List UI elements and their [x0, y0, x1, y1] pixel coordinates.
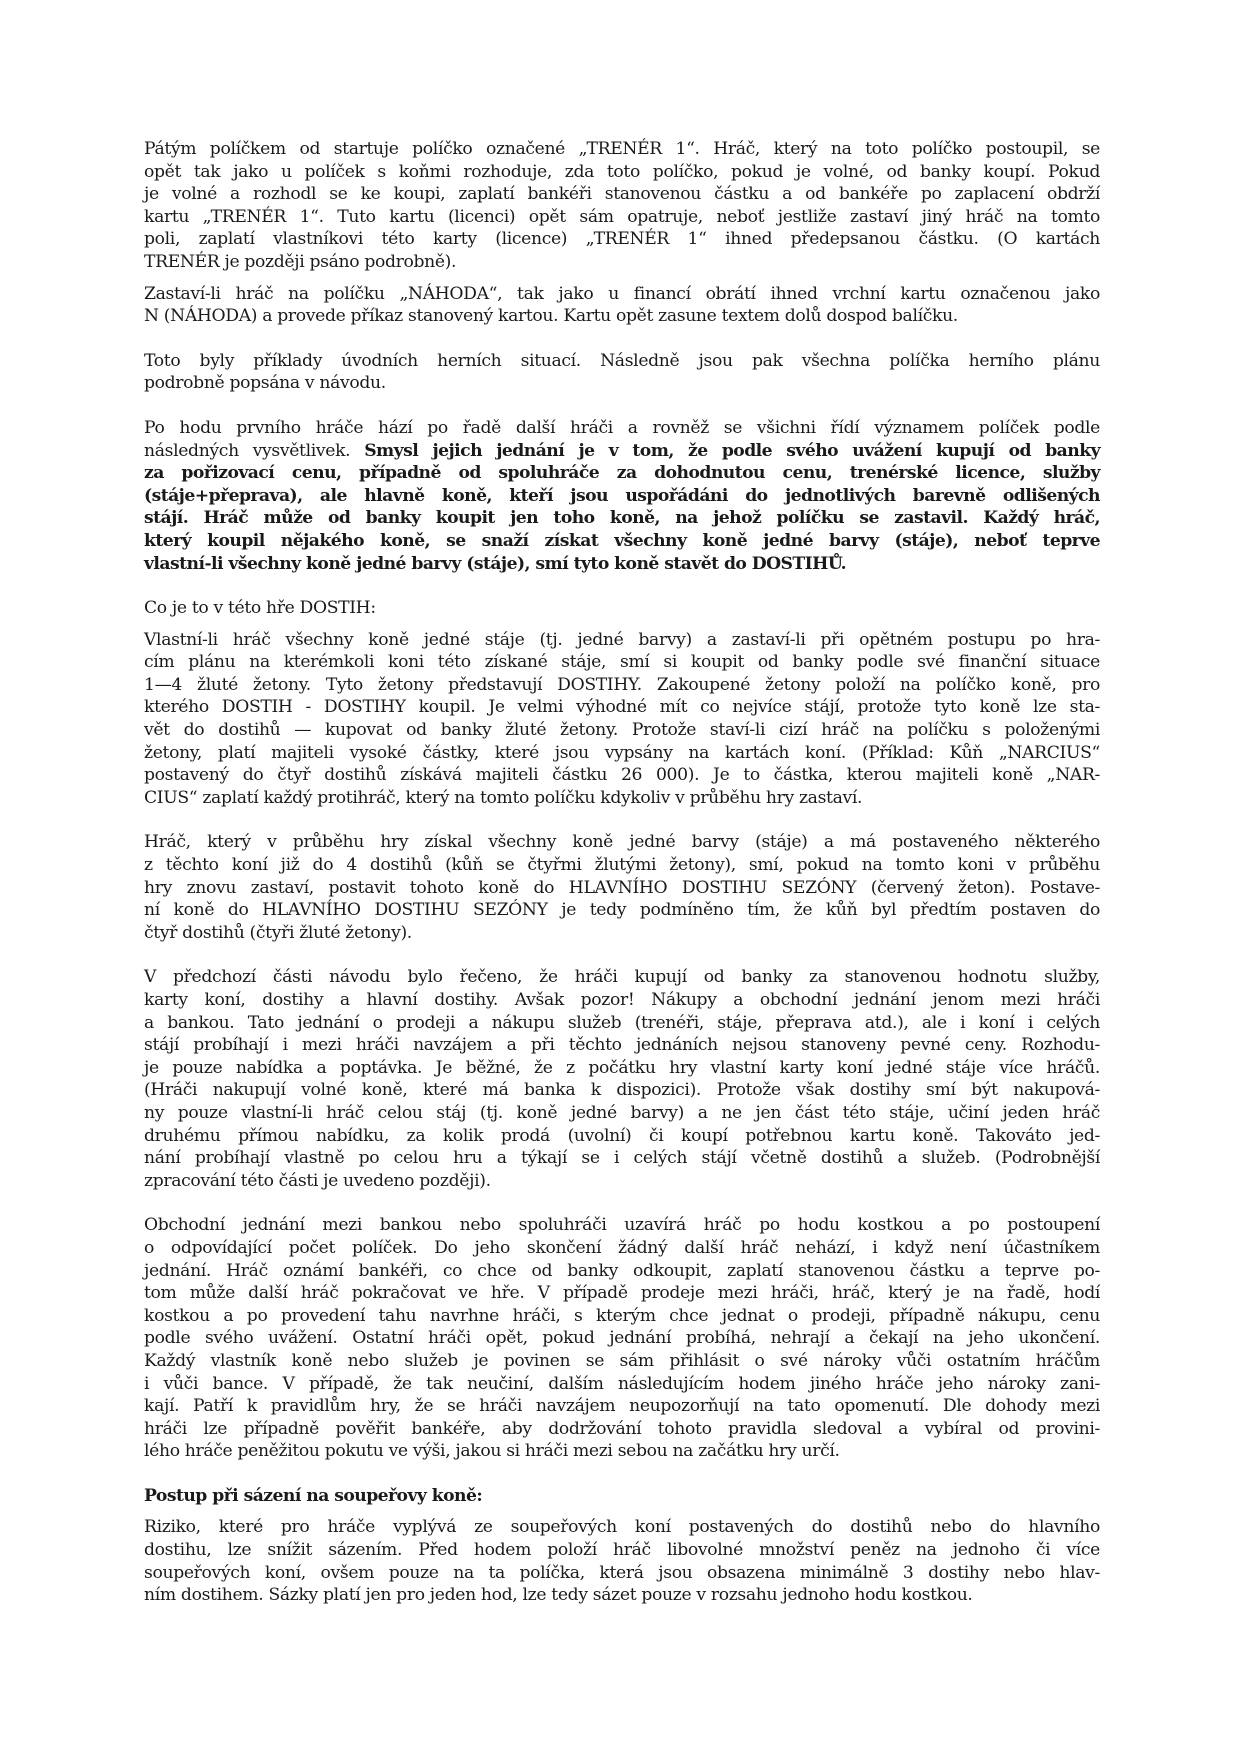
text-line: je volné a rozhodl se ke koupi, zaplatí …: [144, 183, 1100, 206]
text-line: ním dostihem. Sázky platí jen pro jeden …: [144, 1584, 1100, 1607]
text-line: kají. Patří k pravidlům hry, že se hráči…: [144, 1395, 1100, 1418]
text-line: kartu „TRENÉR 1“. Tuto kartu (licenci) o…: [144, 206, 1100, 229]
paragraph-predchozi-cast: V předchozí části návodu bylo řečeno, že…: [144, 966, 1100, 1192]
text-line: z těchto koní již do 4 dostihů (kůň se č…: [144, 854, 1100, 877]
text-line: V předchozí části návodu bylo řečeno, že…: [144, 966, 1100, 989]
text-line: Po hodu prvního hráče hází po řadě další…: [144, 417, 1100, 440]
paragraph-obchodni-jednani: Obchodní jednání mezi bankou nebo spoluh…: [144, 1214, 1100, 1463]
text-line: Obchodní jednání mezi bankou nebo spoluh…: [144, 1214, 1100, 1237]
text-line-bold: za pořizovací cenu, případně od spoluhrá…: [144, 462, 1100, 485]
text-line: opět tak jako u políček s koňmi rozhoduj…: [144, 161, 1100, 184]
text-line: hráči lze případně pověřit bankéře, aby …: [144, 1418, 1100, 1441]
text-line: nání probíhají vlastně po celou hru a tý…: [144, 1147, 1100, 1170]
text-line-bold: stájí. Hráč může od banky koupit jen toh…: [144, 507, 1100, 530]
text-line: kostkou a po provedení tahu navrhne hráč…: [144, 1305, 1100, 1328]
paragraph-hlavni-dostih: Hráč, který v průběhu hry získal všechny…: [144, 831, 1100, 944]
text-line: Toto byly příklady úvodních herních situ…: [144, 350, 1100, 373]
heading-text: Postup při sázení na soupeřovy koně:: [144, 1485, 1100, 1508]
text-line: lého hráče peněžitou pokutu ve výši, jak…: [144, 1440, 1100, 1463]
text-line-bold: (stáje+přeprava), ale hlavně koně, kteří…: [144, 485, 1100, 508]
text-line: následných vysvětlivek. Smysl jejich jed…: [144, 440, 1100, 463]
text-line: TRENÉR je později psáno podrobně).: [144, 251, 1100, 274]
document-page: Pátým políčkem od startuje políčko označ…: [144, 138, 1100, 1607]
text-line: zpracování této části je uvedeno později…: [144, 1170, 1100, 1193]
text-line: jednání. Hráč oznámí bankéři, co chce od…: [144, 1260, 1100, 1283]
text-line: 1—4 žluté žetony. Tyto žetony představuj…: [144, 674, 1100, 697]
paragraph-riziko: Riziko, které pro hráče vyplývá ze soupe…: [144, 1516, 1100, 1606]
paragraph-priklady: Toto byly příklady úvodních herních situ…: [144, 350, 1100, 395]
text-line: cím plánu na kterémkoli koni této získan…: [144, 651, 1100, 674]
paragraph-co-je-dostih: Co je to v této hře DOSTIH:: [144, 597, 1100, 620]
paragraph-nahoda: Zastaví-li hráč na políčku „NÁHODA“, tak…: [144, 283, 1100, 328]
text-line: o odpovídající počet políček. Do jeho sk…: [144, 1237, 1100, 1260]
text-line: podrobně popsána v návodu.: [144, 372, 1100, 395]
text-line: Co je to v této hře DOSTIH:: [144, 597, 1100, 620]
text-line: dostihu, lze snížit sázením. Před hodem …: [144, 1539, 1100, 1562]
text-line: hry znovu zastaví, postavit tohoto koně …: [144, 877, 1100, 900]
text-line: Zastaví-li hráč na políčku „NÁHODA“, tak…: [144, 283, 1100, 306]
text-normal: následných vysvětlivek.: [144, 441, 364, 461]
text-line: podle svého uvážení. Ostatní hráči opět,…: [144, 1327, 1100, 1350]
text-line: i vůči bance. V případě, že tak neučiní,…: [144, 1373, 1100, 1396]
text-line: Hráč, který v průběhu hry získal všechny…: [144, 831, 1100, 854]
text-line: Riziko, které pro hráče vyplývá ze soupe…: [144, 1516, 1100, 1539]
text-line: kterého DOSTIH - DOSTIHY koupil. Je velm…: [144, 696, 1100, 719]
text-line: karty koní, dostihy a hlavní dostihy. Av…: [144, 989, 1100, 1012]
text-line: (Hráči nakupují volné koně, které má ban…: [144, 1079, 1100, 1102]
text-line: Každý vlastník koně nebo služeb je povin…: [144, 1350, 1100, 1373]
text-line: je pouze nabídka a poptávka. Je běžné, ž…: [144, 1057, 1100, 1080]
text-line: vět do dostihů — kupovat od banky žluté …: [144, 719, 1100, 742]
text-normal: Po hodu prvního hráče hází po řadě další…: [144, 418, 1100, 438]
paragraph-vlastni-li: Vlastní-li hráč všechny koně jedné stáje…: [144, 629, 1100, 810]
text-line: postavený do čtyř dostihů získává majite…: [144, 764, 1100, 787]
text-line: Vlastní-li hráč všechny koně jedné stáje…: [144, 629, 1100, 652]
paragraph-po-hodu: Po hodu prvního hráče hází po řadě další…: [144, 417, 1100, 575]
text-line: druhému přímou nabídku, za kolik prodá (…: [144, 1125, 1100, 1148]
text-line-bold: který koupil nějakého koně, se snaží zís…: [144, 530, 1100, 553]
text-line: čtyř dostihů (čtyři žluté žetony).: [144, 922, 1100, 945]
text-line: soupeřových koní, ovšem pouze na ta polí…: [144, 1562, 1100, 1585]
section-heading-sazeni: Postup při sázení na soupeřovy koně:: [144, 1485, 1100, 1508]
text-line: žetony, platí majiteli vysoké částky, kt…: [144, 742, 1100, 765]
text-line: a bankou. Tato jednání o prodeji a nákup…: [144, 1012, 1100, 1035]
text-line: poli, zaplatí vlastníkovi této karty (li…: [144, 228, 1100, 251]
text-bold: Smysl jejich jednání je v tom, že podle …: [364, 441, 1100, 461]
text-line: Pátým políčkem od startuje políčko označ…: [144, 138, 1100, 161]
text-line: ní koně do HLAVNÍHO DOSTIHU SEZÓNY je te…: [144, 899, 1100, 922]
text-line: ny pouze vlastní-li hráč celou stáj (tj.…: [144, 1102, 1100, 1125]
text-line: N (NÁHODA) a provede příkaz stanovený ka…: [144, 305, 1100, 328]
paragraph-trener: Pátým políčkem od startuje políčko označ…: [144, 138, 1100, 274]
text-line: tom může další hráč pokračovat ve hře. V…: [144, 1282, 1100, 1305]
text-line: CIUS“ zaplatí každý protihráč, který na …: [144, 787, 1100, 810]
text-line-bold: vlastní-li všechny koně jedné barvy (stá…: [144, 553, 1100, 576]
text-line: stájí probíhají i mezi hráči navzájem a …: [144, 1034, 1100, 1057]
